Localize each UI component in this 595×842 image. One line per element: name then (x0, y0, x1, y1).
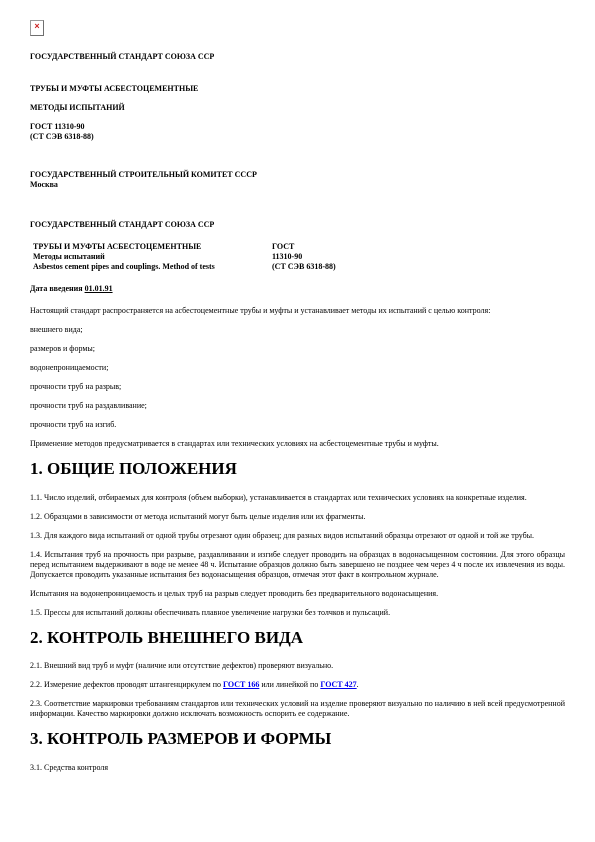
sev-number: (СТ СЭВ 6318-88) (30, 132, 94, 141)
title-block-title-en: Asbestos cement pipes and couplings. Met… (33, 262, 272, 272)
link-gost-427[interactable]: ГОСТ 427 (320, 680, 356, 689)
intro-scope-paragraph: Настоящий стандарт распространяется на а… (30, 306, 565, 316)
effective-date-label: Дата введения (30, 284, 85, 293)
title-block-gost-number: 11310-90 (272, 252, 422, 262)
masthead-committee-block: ГОСУДАРСТВЕННЫЙ СТРОИТЕЛЬНЫЙ КОМИТЕТ ССС… (30, 170, 565, 190)
intro-item-watertightness: водонепроницаемости; (30, 363, 565, 373)
masthead-standard-ussr: ГОСУДАРСТВЕННЫЙ СТАНДАРТ СОЮЗА ССР (30, 52, 565, 62)
paragraph-1-2: 1.2. Образцами в зависимости от метода и… (30, 512, 565, 522)
section-2-heading: 2. КОНТРОЛЬ ВНЕШНЕГО ВИДА (30, 628, 565, 648)
intro-item-dimensions: размеров и формы; (30, 344, 565, 354)
paragraph-1-5: 1.5. Прессы для испытаний должны обеспеч… (30, 608, 565, 618)
committee-city: Москва (30, 180, 58, 189)
title-block-left: ТРУБЫ И МУФТЫ АСБЕСТОЦЕМЕНТНЫЕ Методы ис… (30, 242, 272, 272)
section-1-heading: 1. ОБЩИЕ ПОЛОЖЕНИЯ (30, 459, 565, 479)
gost-document-page: × ГОСУДАРСТВЕННЫЙ СТАНДАРТ СОЮЗА ССР ТРУ… (0, 0, 595, 842)
paragraph-2-3: 2.3. Соответствие маркировки требованиям… (30, 699, 565, 719)
title-block-product-ru: ТРУБЫ И МУФТЫ АСБЕСТОЦЕМЕНТНЫЕ (33, 242, 272, 252)
intro-item-appearance: внешнего вида; (30, 325, 565, 335)
link-gost-166[interactable]: ГОСТ 166 (223, 680, 259, 689)
masthead-standard-ussr-2: ГОСУДАРСТВЕННЫЙ СТАНДАРТ СОЮЗА ССР (30, 220, 565, 230)
committee-name: ГОСУДАРСТВЕННЫЙ СТРОИТЕЛЬНЫЙ КОМИТЕТ ССС… (30, 170, 257, 179)
paragraph-1-4-note: Испытания на водонепроницаемость и целых… (30, 589, 565, 599)
effective-date-line: Дата введения 01.01.91 (30, 284, 565, 294)
paragraph-3-1: 3.1. Средства контроля (30, 763, 565, 773)
intro-application-paragraph: Применение методов предусматривается в с… (30, 439, 565, 449)
title-block-sev-number: (СТ СЭВ 6318-88) (272, 262, 422, 272)
title-block-methods-ru: Методы испытаний (33, 252, 272, 262)
effective-date-value: 01.01.91 (85, 284, 113, 293)
broken-image-x-icon: × (34, 21, 39, 32)
intro-item-bending: прочности труб на изгиб. (30, 420, 565, 430)
title-block: ТРУБЫ И МУФТЫ АСБЕСТОЦЕМЕНТНЫЕ Методы ис… (30, 242, 565, 272)
paragraph-1-4: 1.4. Испытания труб на прочность при раз… (30, 550, 565, 580)
masthead-product-title: ТРУБЫ И МУФТЫ АСБЕСТОЦЕМЕНТНЫЕ (30, 84, 565, 94)
gost-number: ГОСТ 11310-90 (30, 122, 85, 131)
paragraph-2-2-text-before: 2.2. Измерение дефектов проводят штанген… (30, 680, 223, 689)
intro-item-rupture: прочности труб на разрыв; (30, 382, 565, 392)
title-block-gost-label: ГОСТ (272, 242, 422, 252)
paragraph-2-2: 2.2. Измерение дефектов проводят штанген… (30, 680, 565, 690)
paragraph-2-2-text-after: . (357, 680, 359, 689)
title-block-right: ГОСТ 11310-90 (СТ СЭВ 6318-88) (272, 242, 422, 272)
paragraph-2-1: 2.1. Внешний вид труб и муфт (наличие ил… (30, 661, 565, 671)
paragraph-2-2-text-middle: или линейкой по (259, 680, 320, 689)
broken-image-icon: × (30, 20, 44, 36)
paragraph-1-3: 1.3. Для каждого вида испытаний от одной… (30, 531, 565, 541)
intro-item-crushing: прочности труб на раздавливание; (30, 401, 565, 411)
section-3-heading: 3. КОНТРОЛЬ РАЗМЕРОВ И ФОРМЫ (30, 729, 565, 749)
masthead-gost-number-block: ГОСТ 11310-90(СТ СЭВ 6318-88) (30, 122, 565, 142)
masthead-methods-title: МЕТОДЫ ИСПЫТАНИЙ (30, 103, 565, 113)
paragraph-1-1: 1.1. Число изделий, отбираемых для контр… (30, 493, 565, 503)
